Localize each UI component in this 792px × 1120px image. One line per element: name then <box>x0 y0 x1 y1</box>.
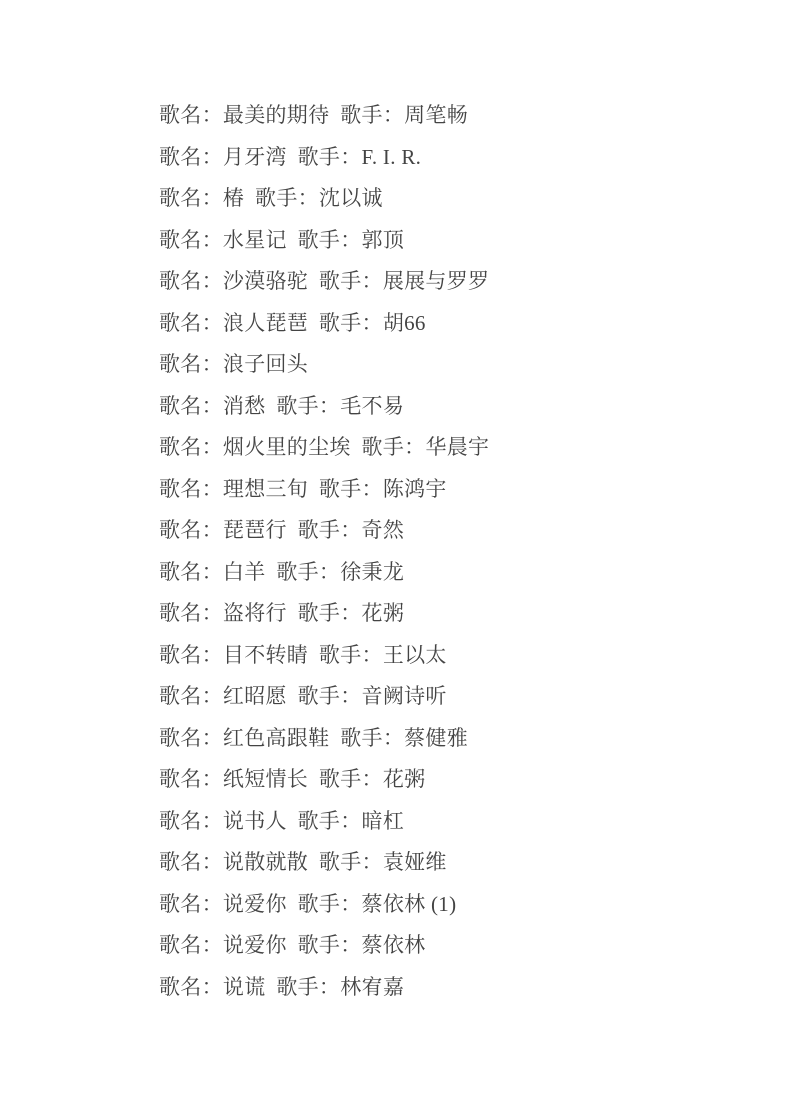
artist-prefix: 歌手： <box>298 684 362 708</box>
artist-prefix: 歌手： <box>340 103 404 127</box>
song-title: 说散就散 <box>223 850 308 874</box>
song-list-item: 歌名：理想三旬 歌手：陈鸿宇 <box>159 469 752 511</box>
separator-space <box>329 726 340 750</box>
song-title: 说爱你 <box>223 892 287 916</box>
artist-name: F. I. R. <box>362 145 422 169</box>
artist-prefix: 歌手： <box>298 809 362 833</box>
artist-prefix: 歌手： <box>298 518 362 542</box>
separator-space <box>308 477 319 501</box>
artist-prefix: 歌手： <box>298 933 362 957</box>
artist-name: 展展与罗罗 <box>383 269 490 293</box>
separator-space <box>287 809 298 833</box>
separator-space <box>287 684 298 708</box>
artist-prefix: 歌手： <box>298 892 362 916</box>
song-title: 椿 <box>223 186 244 210</box>
separator-space <box>266 975 277 999</box>
song-title: 月牙湾 <box>223 145 287 169</box>
song-list-item: 歌名：消愁 歌手：毛不易 <box>159 386 752 428</box>
artist-prefix: 歌手： <box>362 435 426 459</box>
song-title: 最美的期待 <box>223 103 330 127</box>
song-title: 白羊 <box>223 560 266 584</box>
song-list-item: 歌名：琵琶行 歌手：奇然 <box>159 510 752 552</box>
artist-name: 蔡依林 <box>362 933 426 957</box>
artist-prefix: 歌手： <box>276 975 340 999</box>
document-page: 歌名：最美的期待 歌手：周笔畅歌名：月牙湾 歌手：F. I. R.歌名：椿 歌手… <box>0 0 792 1120</box>
song-list-item: 歌名：说散就散 歌手：袁娅维 <box>159 842 752 884</box>
artist-name: 华晨宇 <box>425 435 489 459</box>
song-title: 烟火里的尘埃 <box>223 435 351 459</box>
artist-name: 徐秉龙 <box>340 560 404 584</box>
separator-space <box>287 601 298 625</box>
artist-name: 陈鸿宇 <box>383 477 447 501</box>
artist-prefix: 歌手： <box>276 394 340 418</box>
song-list-item: 歌名：水星记 歌手：郭顶 <box>159 220 752 262</box>
song-list-item: 歌名：说谎 歌手：林宥嘉 <box>159 967 752 1009</box>
song-name-prefix: 歌名： <box>159 726 223 750</box>
artist-prefix: 歌手： <box>319 767 383 791</box>
song-list-item: 歌名：椿 歌手：沈以诚 <box>159 178 752 220</box>
artist-prefix: 歌手： <box>319 477 383 501</box>
separator-space <box>308 643 319 667</box>
song-list-item: 歌名：烟火里的尘埃 歌手：华晨宇 <box>159 427 752 469</box>
artist-name: 林宥嘉 <box>340 975 404 999</box>
artist-prefix: 歌手： <box>340 726 404 750</box>
song-title: 浪子回头 <box>223 352 308 376</box>
song-list-item: 歌名：浪子回头 <box>159 344 752 386</box>
artist-prefix: 歌手： <box>319 269 383 293</box>
song-list-item: 歌名：说爱你 歌手：蔡依林 <box>159 925 752 967</box>
artist-name: 暗杠 <box>362 809 405 833</box>
song-name-prefix: 歌名： <box>159 560 223 584</box>
song-name-prefix: 歌名： <box>159 228 223 252</box>
artist-name: 奇然 <box>362 518 405 542</box>
separator-space <box>287 145 298 169</box>
song-name-prefix: 歌名： <box>159 643 223 667</box>
artist-prefix: 歌手： <box>255 186 319 210</box>
artist-prefix: 歌手： <box>298 145 362 169</box>
song-name-prefix: 歌名： <box>159 684 223 708</box>
song-name-prefix: 歌名： <box>159 601 223 625</box>
song-title: 盗将行 <box>223 601 287 625</box>
song-list-item: 歌名：白羊 歌手：徐秉龙 <box>159 552 752 594</box>
artist-name: 音阙诗听 <box>362 684 447 708</box>
song-title: 说爱你 <box>223 933 287 957</box>
separator-space <box>308 311 319 335</box>
song-name-prefix: 歌名： <box>159 850 223 874</box>
song-list-item: 歌名：浪人琵琶 歌手：胡66 <box>159 303 752 345</box>
song-name-prefix: 歌名： <box>159 103 223 127</box>
separator-space <box>287 228 298 252</box>
separator-space <box>308 767 319 791</box>
song-name-prefix: 歌名： <box>159 767 223 791</box>
song-name-prefix: 歌名： <box>159 477 223 501</box>
artist-prefix: 歌手： <box>319 850 383 874</box>
artist-name: 花粥 <box>362 601 405 625</box>
song-title: 纸短情长 <box>223 767 308 791</box>
separator-space <box>266 560 277 584</box>
song-name-prefix: 歌名： <box>159 352 223 376</box>
song-list-item: 歌名：纸短情长 歌手：花粥 <box>159 759 752 801</box>
song-name-prefix: 歌名： <box>159 933 223 957</box>
song-title: 水星记 <box>223 228 287 252</box>
separator-space <box>308 269 319 293</box>
artist-prefix: 歌手： <box>319 643 383 667</box>
song-list-item: 歌名：红色高跟鞋 歌手：蔡健雅 <box>159 718 752 760</box>
separator-space <box>266 394 277 418</box>
song-title: 红昭愿 <box>223 684 287 708</box>
song-list-item: 歌名：红昭愿 歌手：音阙诗听 <box>159 676 752 718</box>
artist-name: 毛不易 <box>340 394 404 418</box>
artist-prefix: 歌手： <box>298 601 362 625</box>
separator-space <box>351 435 362 459</box>
song-title: 浪人琵琶 <box>223 311 308 335</box>
song-name-prefix: 歌名： <box>159 394 223 418</box>
song-name-prefix: 歌名： <box>159 269 223 293</box>
song-name-prefix: 歌名： <box>159 518 223 542</box>
separator-space <box>308 850 319 874</box>
song-title: 理想三旬 <box>223 477 308 501</box>
artist-name: 花粥 <box>383 767 426 791</box>
song-name-prefix: 歌名： <box>159 145 223 169</box>
artist-name: 蔡依林 (1) <box>362 892 457 916</box>
song-name-prefix: 歌名： <box>159 892 223 916</box>
song-name-prefix: 歌名： <box>159 809 223 833</box>
song-title: 琵琶行 <box>223 518 287 542</box>
song-list-item: 歌名：月牙湾 歌手：F. I. R. <box>159 137 752 179</box>
separator-space <box>287 518 298 542</box>
song-name-prefix: 歌名： <box>159 186 223 210</box>
artist-name: 蔡健雅 <box>404 726 468 750</box>
artist-name: 郭顶 <box>362 228 405 252</box>
song-list-item: 歌名：盗将行 歌手：花粥 <box>159 593 752 635</box>
artist-name: 袁娅维 <box>383 850 447 874</box>
song-list-item: 歌名：沙漠骆驼 歌手：展展与罗罗 <box>159 261 752 303</box>
song-title: 消愁 <box>223 394 266 418</box>
song-list-item: 歌名：目不转睛 歌手：王以太 <box>159 635 752 677</box>
song-title: 目不转睛 <box>223 643 308 667</box>
song-list-item: 歌名：最美的期待 歌手：周笔畅 <box>159 95 752 137</box>
song-title: 沙漠骆驼 <box>223 269 308 293</box>
separator-space <box>329 103 340 127</box>
separator-space <box>287 933 298 957</box>
artist-prefix: 歌手： <box>298 228 362 252</box>
artist-name: 沈以诚 <box>319 186 383 210</box>
separator-space <box>244 186 255 210</box>
song-list: 歌名：最美的期待 歌手：周笔畅歌名：月牙湾 歌手：F. I. R.歌名：椿 歌手… <box>159 95 752 1008</box>
separator-space <box>287 892 298 916</box>
artist-prefix: 歌手： <box>276 560 340 584</box>
artist-prefix: 歌手： <box>319 311 383 335</box>
artist-name: 王以太 <box>383 643 447 667</box>
artist-name: 周笔畅 <box>404 103 468 127</box>
artist-name: 胡66 <box>383 311 426 335</box>
song-name-prefix: 歌名： <box>159 311 223 335</box>
song-title: 红色高跟鞋 <box>223 726 330 750</box>
song-title: 说谎 <box>223 975 266 999</box>
song-list-item: 歌名：说书人 歌手：暗杠 <box>159 801 752 843</box>
song-title: 说书人 <box>223 809 287 833</box>
song-name-prefix: 歌名： <box>159 435 223 459</box>
song-name-prefix: 歌名： <box>159 975 223 999</box>
song-list-item: 歌名：说爱你 歌手：蔡依林 (1) <box>159 884 752 926</box>
